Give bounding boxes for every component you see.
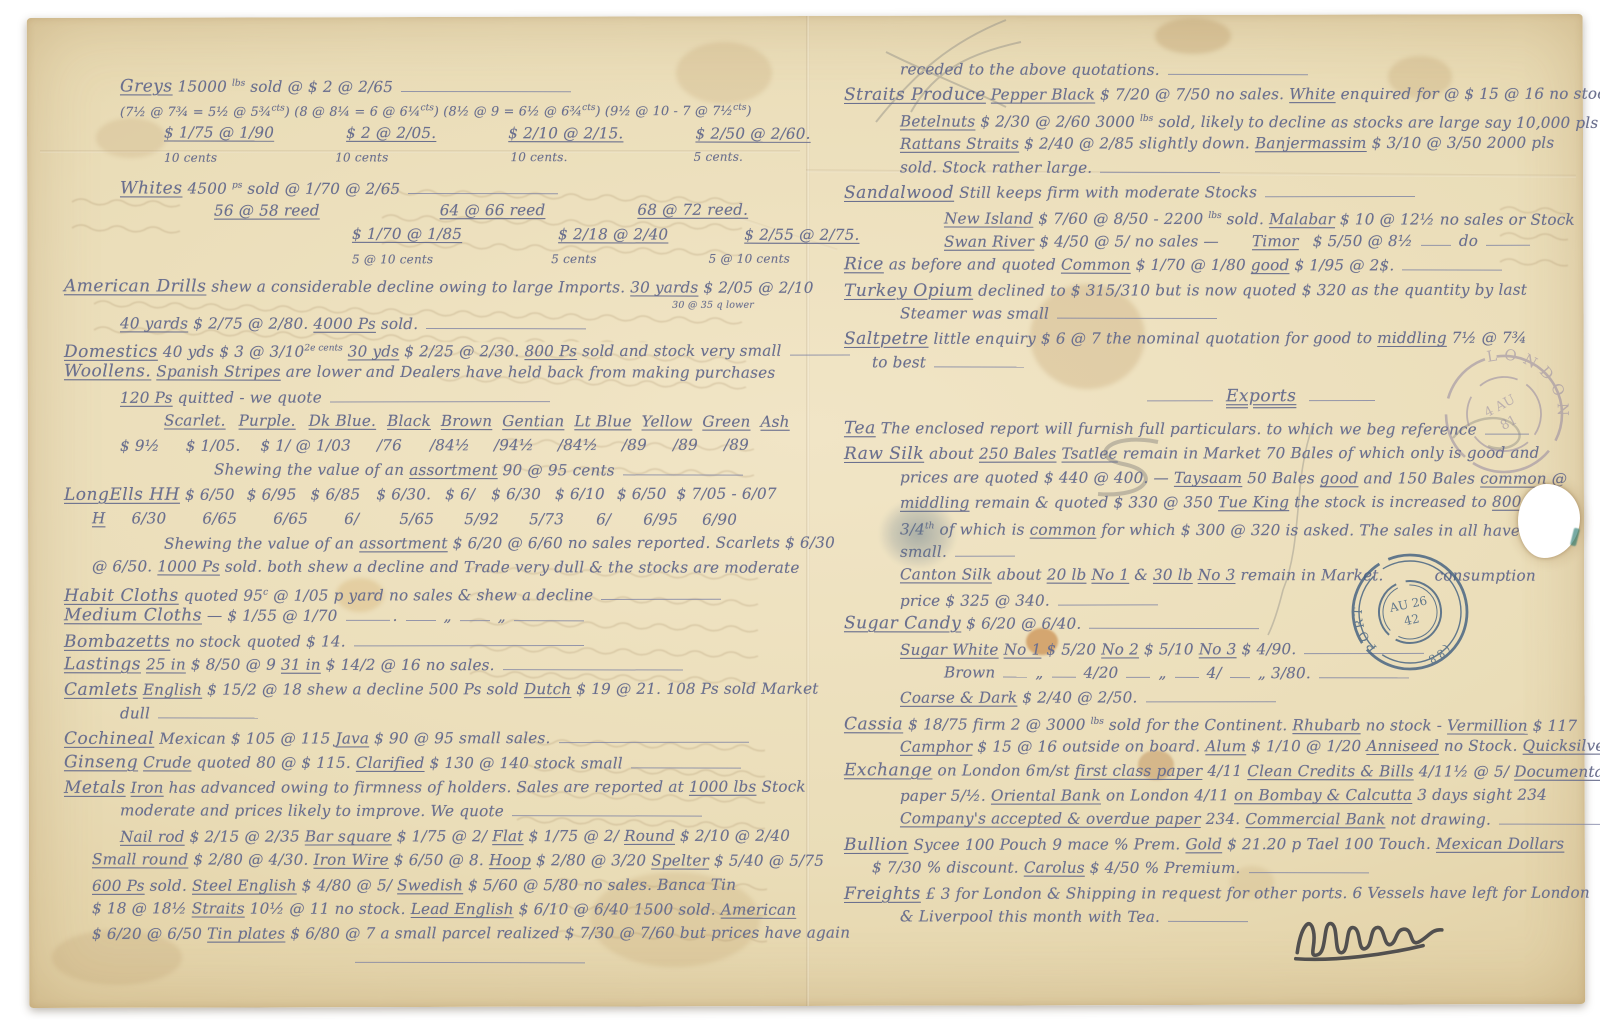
doc-line: Scarlet.Purple.Dk Blue.BlackBrownGentian…: [64, 408, 790, 434]
doc-text: $ 6/: [445, 485, 475, 503]
ink-rule: [1168, 64, 1308, 76]
ink-rule: [346, 610, 390, 621]
section-heading: Exports: [1226, 386, 1296, 406]
doc-text: on London 6m/st: [932, 761, 1074, 779]
doc-line: New Island $ 7/60 @ 8/50 - 2200 lbs sold…: [844, 204, 1580, 230]
underlined-term: Spanish Stripes: [156, 363, 280, 381]
doc-text: $ 2/15 @ 2/35: [185, 827, 305, 845]
underlined-term: Rattans Straits: [900, 135, 1019, 153]
section-heading: Cassia: [844, 714, 903, 734]
underlined-term: 30 lb: [1153, 566, 1193, 584]
doc-text: $ 10 @ 12½ no sales or Stock: [1335, 211, 1575, 230]
doc-line: sold. Stock rather large.: [844, 155, 1580, 181]
underlined-term: Quicksilver: [1523, 737, 1600, 755]
doc-line: Shewing the value of an assortment 90 @ …: [64, 457, 790, 483]
doc-text: $ 6/10: [555, 485, 605, 503]
doc-text: $ 5/40 @ 5/75: [709, 852, 824, 870]
doc-line: $ 7/30 % discount. Carolus $ 4/50 % Prem…: [844, 855, 1580, 881]
doc-text: sold @ 1/70 @ 2/65: [242, 179, 405, 197]
doc-text: 90 @ 95 cents: [498, 461, 620, 479]
doc-line: LongElls HH $ 6/50$ 6/95$ 6/85$ 6/30.$ 6…: [64, 482, 790, 508]
doc-text: 10 cents: [164, 151, 217, 165]
underlined-term: assortment: [409, 461, 497, 479]
doc-line: $ 1/70 @ 1/85$ 2/18 @ 2/40$ 2/55 @ 2/75.: [64, 222, 790, 248]
doc-text: Still keeps firm with moderate Stocks: [954, 183, 1262, 202]
doc-text: 2e cents: [304, 343, 342, 353]
doc-text: 5 cents.: [694, 150, 743, 164]
underlined-term: American: [721, 901, 796, 919]
section-heading: Tea: [844, 418, 876, 438]
underlined-term: Clarified: [356, 753, 425, 771]
underlined-term: $ 2/55 @ 2/75.: [744, 226, 859, 244]
section-heading: Bombazetts: [64, 631, 170, 651]
doc-text: do: [1454, 232, 1483, 250]
doc-text: @ 1/05 p yard no sales & shew a decline: [268, 586, 598, 605]
underlined-term: Common: [1061, 256, 1131, 274]
underlined-term: Hoop: [489, 851, 531, 869]
doc-text: $ 1/75 @ 2/: [392, 827, 493, 845]
ink-blot: [878, 498, 958, 570]
doc-text: $ 6/10 @ 6/40 1500 sold.: [514, 900, 721, 918]
doc-text: $ 7/60 @ 8/50 - 2200: [1033, 210, 1208, 228]
doc-text: on London 4/11: [1101, 786, 1234, 804]
doc-text: ps: [232, 180, 242, 190]
doc-line: Swan River $ 4/50 @ 5/ no sales — Timor$…: [844, 228, 1580, 254]
doc-line: Woollens. Spanish Stripes are lower and …: [64, 360, 790, 386]
doc-line: 30 @ 35 q lower: [64, 299, 790, 312]
doc-text: $ 4/50 @ 5/ no sales —: [1034, 232, 1224, 250]
underlined-term: Gold: [1185, 835, 1222, 853]
section-heading: Exchange: [844, 760, 933, 780]
doc-text: 6/90: [702, 510, 737, 528]
doc-text: sold.: [376, 314, 423, 332]
doc-text: dull: [120, 704, 155, 722]
underlined-term: Pepper Black: [991, 86, 1095, 104]
ink-rule: [158, 707, 258, 719]
doc-line: 10 cents10 cents10 cents.5 cents.: [64, 145, 790, 171]
doc-text: no stock -: [1361, 716, 1448, 734]
doc-text: quitted - we quote: [173, 388, 327, 406]
underlined-term: Yellow: [642, 413, 693, 431]
underlined-term: Lead English: [411, 900, 514, 918]
underlined-term: 25 in: [146, 655, 186, 673]
ink-rule: [426, 317, 586, 329]
doc-text: to best: [872, 353, 931, 371]
doc-text: 10 cents: [335, 151, 388, 165]
doc-line: Company's accepted & overdue paper 234. …: [844, 807, 1580, 833]
doc-line: Turkey Opium declined to $ 315/310 but i…: [844, 277, 1580, 303]
doc-text: lbs: [1140, 114, 1153, 124]
underlined-term: 40 yards: [120, 314, 188, 332]
doc-text: $ 1/ @ 1/03: [261, 437, 351, 455]
doc-line: Nail rod $ 2/15 @ 2/35 Bar square $ 1/75…: [64, 823, 790, 849]
doc-text: $ 2/80 @ 4/30.: [188, 851, 313, 869]
doc-text: 4/: [1202, 664, 1227, 682]
doc-text: sold and stock very small: [577, 342, 787, 360]
doc-line: Whites 4500 ps sold @ 1/70 @ 2/65: [64, 173, 790, 199]
ink-rule: [790, 344, 850, 355]
ink-rule: [558, 732, 748, 744]
doc-line: Medium Cloths — $ 1/55 @ 1/70 . „ „: [64, 603, 790, 629]
doc-line: Bombazetts no stock quoted $ 14.: [64, 628, 790, 654]
postmark-inner-code: 42: [1403, 611, 1421, 628]
doc-text: ): [746, 104, 751, 119]
section-heading: Medium Cloths: [64, 605, 202, 625]
doc-text: 10½ @ 11 no stock.: [245, 900, 411, 918]
section-heading: Freights: [844, 883, 921, 903]
doc-text: $ 4/80 @ 5/: [297, 876, 398, 894]
underlined-term: $ 1/75 @ 1/90: [164, 123, 274, 141]
underlined-term: Green: [702, 413, 750, 431]
doc-text: $ 18 @ 18½: [92, 899, 192, 917]
underlined-term: 4000 Ps: [313, 314, 376, 332]
ink-rule: [1499, 814, 1600, 826]
section-heading: Woollens.: [64, 362, 151, 382]
doc-text: &: [1129, 566, 1153, 584]
doc-line: 600 Ps sold. Steel English $ 4/80 @ 5/ S…: [64, 872, 790, 898]
doc-text: $ 14/2 @ 16 no sales.: [321, 656, 500, 674]
underlined-term: 30 yards: [630, 279, 698, 297]
doc-line: dull: [64, 701, 790, 727]
ink-rule: [1486, 234, 1530, 245]
doc-text: 40 yds $ 3 @ 3/10: [158, 342, 305, 360]
ink-rule: [330, 390, 550, 402]
underlined-term: Vermillion: [1447, 716, 1528, 734]
underlined-term: 68 @ 72 reed.: [637, 201, 748, 219]
doc-text: ) (8 @ 8¼ = 6 @ 6¼: [285, 105, 421, 120]
doc-text: 5/73: [529, 510, 564, 528]
underlined-term: Clean Credits & Bills: [1247, 762, 1413, 780]
underlined-term: 20 lb: [1047, 566, 1087, 584]
underlined-term: Bar square: [305, 827, 392, 845]
doc-line: Lastings 25 in $ 8/50 @ 9 31 in $ 14/2 @…: [64, 652, 790, 678]
doc-text: — $ 1/55 @ 1/70: [202, 607, 343, 625]
doc-text: $ 2/75 @ 2/80.: [188, 314, 313, 332]
doc-text: $ 1/10 @ 1/20: [1246, 737, 1366, 755]
doc-text: lbs: [1208, 211, 1221, 221]
doc-text: about: [992, 566, 1047, 584]
ink-rule: [1058, 594, 1158, 606]
page-left-column: Greys 15000 lbs sold @ $ 2 @ 2/65 (7½ @ …: [64, 72, 790, 970]
underlined-term: White: [1289, 85, 1335, 103]
doc-line: Shewing the value of an assortment $ 6/2…: [64, 531, 790, 557]
doc-text: „: [493, 607, 511, 625]
underlined-term: No 1: [1004, 640, 1042, 658]
doc-text: has advanced owing to firmness of holder…: [164, 778, 689, 797]
doc-line: American Drills shew a considerable decl…: [64, 274, 790, 300]
svg-text:PORT: PORT: [1348, 600, 1381, 656]
doc-line: Rattans Straits $ 2/40 @ 2/85 slightly d…: [844, 131, 1580, 157]
underlined-term: Banjermassim: [1255, 134, 1367, 152]
doc-line: $ 9½$ 1/05.$ 1/ @ 1/03/76/84½/94½/84½/89…: [64, 433, 790, 459]
doc-text: declined to $ 315/310 but is now quoted …: [973, 280, 1527, 299]
underlined-term: Swan River: [944, 232, 1034, 250]
doc-line: moderate and prices likely to improve. W…: [64, 799, 790, 825]
doc-text: sold. Stock rather large.: [900, 158, 1097, 176]
underlined-term: Purple.: [239, 412, 296, 430]
doc-text: $ 8/50 @ 9: [186, 655, 281, 673]
signature-scrawl: [1289, 893, 1454, 977]
doc-line: @ 6/50. 1000 Ps sold. both shew a declin…: [64, 555, 790, 581]
ink-rule: [1421, 234, 1451, 245]
postmark-blue-stamp: PORT (88 AU 26 42: [1334, 536, 1486, 688]
doc-text: „: [1153, 664, 1171, 682]
underlined-term: Crude: [143, 753, 191, 771]
doc-text: moderate and prices likely to improve. W…: [120, 802, 509, 821]
underlined-term: 30 yds: [348, 342, 399, 360]
underlined-term: No 1: [1091, 566, 1129, 584]
doc-text: 5/65: [399, 510, 434, 528]
ink-rule: [512, 805, 702, 817]
ink-rule: [408, 182, 558, 194]
doc-text: price $ 325 @ 340.: [900, 591, 1055, 609]
doc-text: sold.: [1222, 210, 1269, 228]
doc-text: as before and quoted: [884, 255, 1061, 273]
doc-text: $ 5/60 @ 5/80 no sales. Banca Tin: [463, 875, 736, 893]
section-heading: Sugar Candy: [844, 613, 961, 633]
underlined-term: Round: [624, 827, 675, 845]
doc-text: sold for the Continent.: [1104, 716, 1293, 734]
underlined-term: Lt Blue: [574, 412, 631, 430]
doc-text: the stock is increased to: [1289, 493, 1492, 511]
doc-text: $ 2/40 @ 2/50.: [1017, 689, 1142, 707]
underlined-term: Timor: [1252, 232, 1299, 250]
underlined-term: Swedish: [397, 876, 463, 894]
doc-line: Betelnuts $ 2/30 @ 2/60 3000 lbs sold, l…: [844, 106, 1580, 132]
doc-text: $ 5/50 @ 8½: [1313, 232, 1418, 250]
section-heading: American Drills: [64, 276, 206, 296]
section-heading: Sandalwood: [844, 183, 954, 203]
section-heading: Camlets: [64, 680, 138, 700]
underlined-term: Iron Wire: [314, 851, 389, 869]
underlined-term: Dk Blue.: [309, 412, 376, 430]
doc-text: $ 1/05.: [186, 437, 241, 455]
doc-text: $ 4/90.: [1237, 640, 1302, 658]
doc-text: $ 5/10: [1139, 640, 1199, 658]
ink-rule: [1100, 161, 1220, 173]
section-heading: Rice: [844, 254, 884, 274]
doc-text: $ 15/2 @ 18 shew a decline 500 Ps sold: [202, 681, 524, 700]
doc-text: not drawing.: [1385, 811, 1496, 829]
doc-text: $ 2/05 @ 2/10: [698, 279, 813, 297]
doc-text: 6/: [344, 509, 359, 527]
doc-line: Saltpetre little enquiry $ 6 @ 7 the nom…: [844, 326, 1580, 352]
doc-text: $ 19 @ 21. 108 Ps sold Market: [571, 680, 818, 698]
doc-text: Sycee 100 Pouch 9 mace % Prem.: [908, 835, 1185, 853]
doc-line: Metals Iron has advanced owing to firmne…: [64, 775, 790, 801]
doc-text: 10 cents.: [510, 150, 567, 164]
doc-line: paper 5/½. Oriental Bank on London 4/11 …: [844, 783, 1580, 809]
underlined-term: Oriental Bank: [991, 786, 1101, 804]
underlined-term: assortment: [359, 534, 447, 552]
postmark-inner-date: AU 26: [1387, 593, 1428, 615]
section-heading: Cochineal: [64, 729, 154, 749]
doc-text: ) (9½ @ 10 - 7 @ 7½: [595, 104, 733, 119]
doc-text: Mexican $ 105 @ 115: [154, 730, 335, 748]
doc-text: /84½: [558, 436, 598, 454]
underlined-term: Mexican Dollars: [1436, 834, 1564, 852]
doc-text: Stock: [756, 778, 805, 796]
doc-text: $ 6/20 @ 6/60 no sales reported. Scarlet…: [448, 534, 835, 553]
underlined-term: on Bombay & Calcutta: [1234, 786, 1412, 804]
doc-line: 56 @ 58 reed64 @ 66 reed68 @ 72 reed.: [64, 198, 790, 224]
underlined-term: H: [92, 509, 105, 527]
doc-line: Sandalwood Still keeps firm with moderat…: [844, 180, 1580, 206]
doc-line: & Liverpool this month with Tea.: [844, 904, 1580, 930]
section-heading: Raw Silk: [844, 444, 924, 464]
underlined-term: 64 @ 66 reed: [440, 201, 546, 219]
doc-line: Bullion Sycee 100 Pouch 9 mace % Prem. G…: [844, 831, 1580, 857]
doc-text: 6/65: [202, 509, 237, 527]
ink-rule: [1265, 186, 1415, 198]
underlined-term: Steel English: [192, 876, 297, 894]
ink-rule: [1402, 259, 1502, 271]
doc-text: sold.: [145, 876, 192, 894]
underlined-term: 800 Ps: [524, 342, 577, 360]
doc-text: little enquiry $ 6 @ 7 the nominal quota…: [929, 329, 1378, 348]
doc-text: 30 @ 35 q lower: [672, 299, 754, 310]
doc-text: 5 cents: [551, 252, 596, 266]
section-heading: Ginseng: [64, 752, 138, 772]
doc-text: $ 2/25 @ 2/30.: [399, 342, 524, 360]
doc-text: lbs: [232, 79, 245, 89]
doc-text: $ 6/30: [491, 485, 541, 503]
doc-text: $ 130 @ 140 stock small: [425, 754, 628, 772]
section-heading: Greys: [120, 76, 173, 96]
doc-line: 120 Ps quitted - we quote: [64, 384, 790, 410]
underlined-term: Small round: [92, 850, 188, 868]
underlined-term: Carolus: [1024, 859, 1085, 877]
ink-rule: [1126, 666, 1150, 677]
underlined-term: Scarlet.: [164, 412, 226, 430]
doc-text: 6/: [596, 510, 611, 528]
underlined-term: Rhubarb: [1292, 716, 1360, 734]
doc-text: $ 2/10 @ 2/40: [675, 826, 790, 844]
section-heading: Whites: [120, 178, 183, 198]
doc-text: ) (8½ @ 9 = 6½ @ 6¾: [434, 105, 582, 120]
section-heading: Turkey Opium: [844, 280, 973, 300]
ink-rule: [354, 634, 584, 646]
underlined-term: Documentary: [1514, 762, 1600, 780]
doc-text: $ 117: [1528, 716, 1578, 734]
doc-text: are lower and Dealers have held back fro…: [281, 363, 776, 382]
underlined-term: Iron: [131, 779, 164, 797]
underlined-term: $ 2/10 @ 2/15.: [508, 124, 623, 142]
doc-line: Freights £ 3 for London & Shipping in re…: [844, 880, 1580, 906]
ink-rule: [934, 356, 1024, 368]
doc-text: receded to the above quotations.: [900, 60, 1165, 79]
doc-text: shew a considerable decline owing to lar…: [206, 278, 630, 297]
underlined-term: No 3: [1199, 640, 1237, 658]
doc-text: $ 6/50: [617, 485, 667, 503]
doc-text: $ 6/20 @ 6/50: [92, 925, 207, 943]
section-heading: Straits Produce: [844, 85, 986, 105]
underlined-term: 600 Ps: [92, 876, 145, 894]
underlined-term: Tsatlee: [1061, 445, 1117, 463]
doc-text: 50 Bales: [1242, 469, 1320, 487]
doc-text: /89: [724, 436, 749, 454]
doc-text: Shewing the value of an: [164, 534, 359, 552]
ink-rule: [1089, 618, 1259, 630]
doc-line: Ginseng Crude quoted 80 @ $ 115. Clarifi…: [64, 750, 790, 776]
underlined-term: Brown: [441, 412, 492, 430]
section-heading: Saltpetre: [844, 329, 929, 349]
ink-rule: [1309, 387, 1375, 401]
doc-text: $ 6/20 @ 6/40.: [961, 615, 1086, 633]
doc-text: $ 7/30 % discount.: [872, 858, 1024, 876]
doc-text: cts: [733, 103, 746, 113]
underlined-term: Ash: [760, 413, 789, 431]
doc-text: $ 1/70 @ 1/80: [1131, 256, 1251, 274]
doc-text: sold, likely to decline as stocks are la…: [1153, 113, 1598, 132]
underlined-term: Nail rod: [120, 827, 185, 845]
doc-text: $ 6/50: [180, 486, 235, 504]
doc-text: $ 1/75 @ 2/: [524, 827, 625, 845]
doc-text: $ 21.20 p Tael 100 Touch.: [1222, 835, 1436, 853]
ink-rule: [1147, 387, 1213, 401]
underlined-term: 250 Bales: [979, 445, 1057, 463]
doc-text: $ 9½: [120, 437, 160, 455]
doc-text: $ 6/30.: [376, 486, 431, 504]
doc-text: lbs: [1091, 717, 1104, 727]
doc-line: Coarse & Dark $ 2/40 @ 2/50.: [844, 685, 1580, 711]
underlined-term: 1000 lbs: [689, 778, 756, 796]
underlined-term: Spelter: [651, 852, 709, 870]
section-heading: Bullion: [844, 835, 908, 855]
doc-text: cts: [421, 104, 434, 114]
doc-text: $ 7/20 @ 7/50 no sales.: [1095, 86, 1289, 104]
underlined-term: Alum: [1205, 737, 1246, 755]
doc-text: $ 1/95 @ 2$.: [1289, 256, 1399, 274]
doc-text: cts: [582, 103, 595, 113]
underlined-term: Sugar White: [900, 640, 999, 658]
doc-line: Cochineal Mexican $ 105 @ 115 Java $ 90 …: [64, 726, 790, 752]
ink-rule: [623, 464, 743, 476]
doc-text: 4/11½ @ 5/: [1414, 762, 1515, 780]
underlined-term: Coarse & Dark: [900, 689, 1017, 707]
ink-rule: [1168, 910, 1248, 921]
doc-line: Greys 15000 lbs sold @ $ 2 @ 2/65: [64, 71, 790, 97]
doc-text: no stock quoted $ 14.: [170, 632, 351, 650]
underlined-term: $ 2 @ 2/05.: [346, 124, 436, 142]
underlined-term: Dutch: [524, 680, 571, 698]
ink-rule: [1249, 862, 1369, 874]
doc-text: prices are quoted $ 440 @ 400. —: [900, 468, 1174, 487]
doc-line: Habit Cloths quoted 95c @ 1/05 p yard no…: [64, 579, 790, 605]
ink-rule: [1175, 667, 1199, 678]
doc-line: Exchange on London 6m/st first class pap…: [844, 758, 1580, 784]
doc-text: & Liverpool this month with Tea.: [900, 907, 1165, 926]
section-heading: LongElls HH: [64, 485, 180, 505]
doc-line: Straits Produce Pepper Black $ 7/20 @ 7/…: [844, 82, 1580, 108]
underlined-term: Commercial Bank: [1245, 810, 1385, 828]
doc-text: remain & quoted $ 330 @ 350: [970, 494, 1219, 512]
doc-text: $ 3/10 @ 3/50 2000 pls: [1367, 134, 1555, 152]
underlined-term: 120 Ps: [120, 388, 173, 406]
doc-text: $ 4/50 % Premium.: [1085, 859, 1246, 877]
underlined-term: $ 2/18 @ 2/40: [558, 226, 668, 244]
doc-text: /76: [377, 437, 402, 455]
underlined-term: Malabar: [1269, 211, 1335, 229]
doc-text: 5 @ 10 cents: [352, 252, 433, 266]
ink-rule: [631, 757, 741, 769]
doc-text: $ 6/95: [247, 486, 297, 504]
doc-text: 15000: [173, 78, 232, 96]
doc-line: Domestics 40 yds $ 3 @ 3/102e cents 30 y…: [64, 336, 790, 362]
doc-text: sold. both shew a decline and Trade very…: [220, 558, 800, 577]
ink-rule: [1051, 666, 1075, 677]
ink-rule: [1230, 667, 1250, 678]
